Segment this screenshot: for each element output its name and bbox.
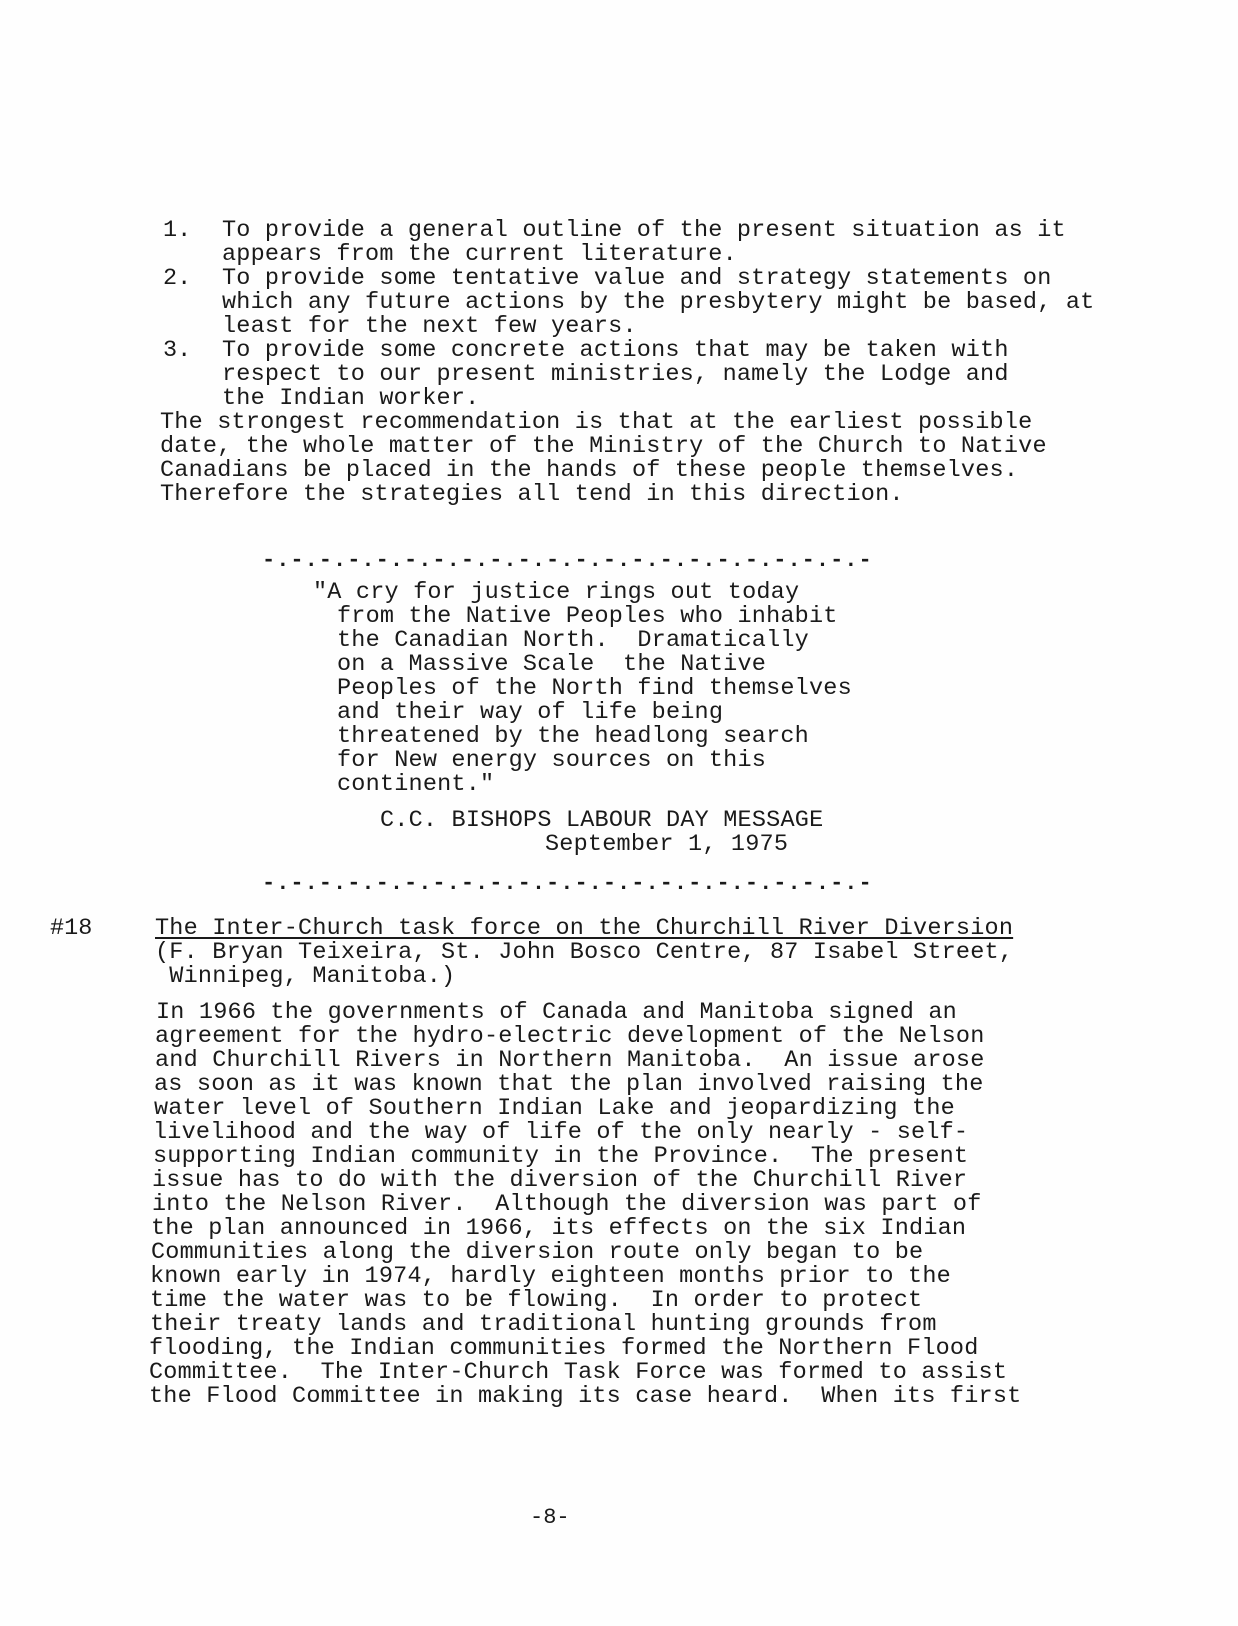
body-line: into the Nelson River. Although the dive…: [152, 1193, 982, 1217]
entry-title: The Inter-Church task force on the Churc…: [155, 917, 1013, 941]
list-item-line: To provide a general outline of the pres…: [222, 219, 1066, 243]
quote-line: Peoples of the North find themselves: [337, 677, 852, 701]
body-line: known early in 1974, hardly eighteen mon…: [150, 1265, 951, 1289]
paragraph-line: date, the whole matter of the Ministry o…: [160, 435, 1047, 459]
quote-line: for New energy sources on this: [337, 749, 766, 773]
document-page: 1. To provide a general outline of the p…: [0, 0, 1238, 1626]
body-line: the Flood Committee in making its case h…: [149, 1385, 1021, 1409]
body-line: time the water was to be flowing. In ord…: [150, 1289, 922, 1313]
list-item-line: the Indian worker.: [222, 387, 479, 411]
entry-source: Winnipeg, Manitoba.): [155, 965, 455, 989]
quote-line: and their way of life being: [337, 701, 723, 725]
quote-line: the Canadian North. Dramatically: [337, 629, 809, 653]
body-line: agreement for the hydro-electric develop…: [155, 1025, 985, 1049]
body-line: issue has to do with the diversion of th…: [152, 1169, 967, 1193]
list-item-line: respect to our present ministries, namel…: [222, 363, 1009, 387]
list-item-line: To provide some tentative value and stra…: [222, 267, 1052, 291]
body-line: Committee. The Inter-Church Task Force w…: [149, 1361, 1007, 1385]
list-number: 1.: [163, 219, 191, 243]
list-item-line: To provide some concrete actions that ma…: [222, 339, 1009, 363]
quote-attribution: C.C. BISHOPS LABOUR DAY MESSAGE: [380, 809, 823, 833]
body-line: flooding, the Indian communities formed …: [149, 1337, 979, 1361]
quote-date: September 1, 1975: [545, 833, 788, 857]
body-line: and Churchill Rivers in Northern Manitob…: [155, 1049, 985, 1073]
body-line: water level of Southern Indian Lake and …: [154, 1097, 955, 1121]
list-number: 3.: [163, 339, 191, 363]
body-line: their treaty lands and traditional hunti…: [150, 1313, 937, 1337]
paragraph-line: Therefore the strategies all tend in thi…: [160, 483, 904, 507]
body-line: as soon as it was known that the plan in…: [154, 1073, 984, 1097]
page-number: -8-: [530, 1505, 570, 1530]
list-number: 2.: [163, 267, 191, 291]
entry-number: #18: [50, 917, 92, 941]
divider: -.-.-.-.-.-.-.-.-.-.-.-.-.-.-.-.-.-.-.-.…: [262, 548, 873, 573]
quote-line: "A cry for justice rings out today: [313, 581, 799, 605]
quote-line: on a Massive Scale the Native: [337, 653, 766, 677]
list-item-line: least for the next few years.: [222, 315, 637, 339]
quote-line: continent.": [337, 773, 494, 797]
divider: -.-.-.-.-.-.-.-.-.-.-.-.-.-.-.-.-.-.-.-.…: [262, 871, 873, 896]
body-line: supporting Indian community in the Provi…: [153, 1145, 968, 1169]
quote-line: from the Native Peoples who inhabit: [337, 605, 838, 629]
paragraph-line: Canadians be placed in the hands of thes…: [160, 459, 1018, 483]
entry-source: (F. Bryan Teixeira, St. John Bosco Centr…: [155, 941, 1013, 965]
body-line: livelihood and the way of life of the on…: [153, 1121, 968, 1145]
body-line: the plan announced in 1966, its effects …: [151, 1217, 966, 1241]
quote-line: threatened by the headlong search: [337, 725, 809, 749]
body-line: In 1966 the governments of Canada and Ma…: [156, 1001, 957, 1025]
list-item-line: which any future actions by the presbyte…: [222, 291, 1094, 315]
paragraph-line: The strongest recommendation is that at …: [160, 411, 1032, 435]
body-line: Communities along the diversion route on…: [151, 1241, 923, 1265]
list-item-line: appears from the current literature.: [222, 243, 737, 267]
